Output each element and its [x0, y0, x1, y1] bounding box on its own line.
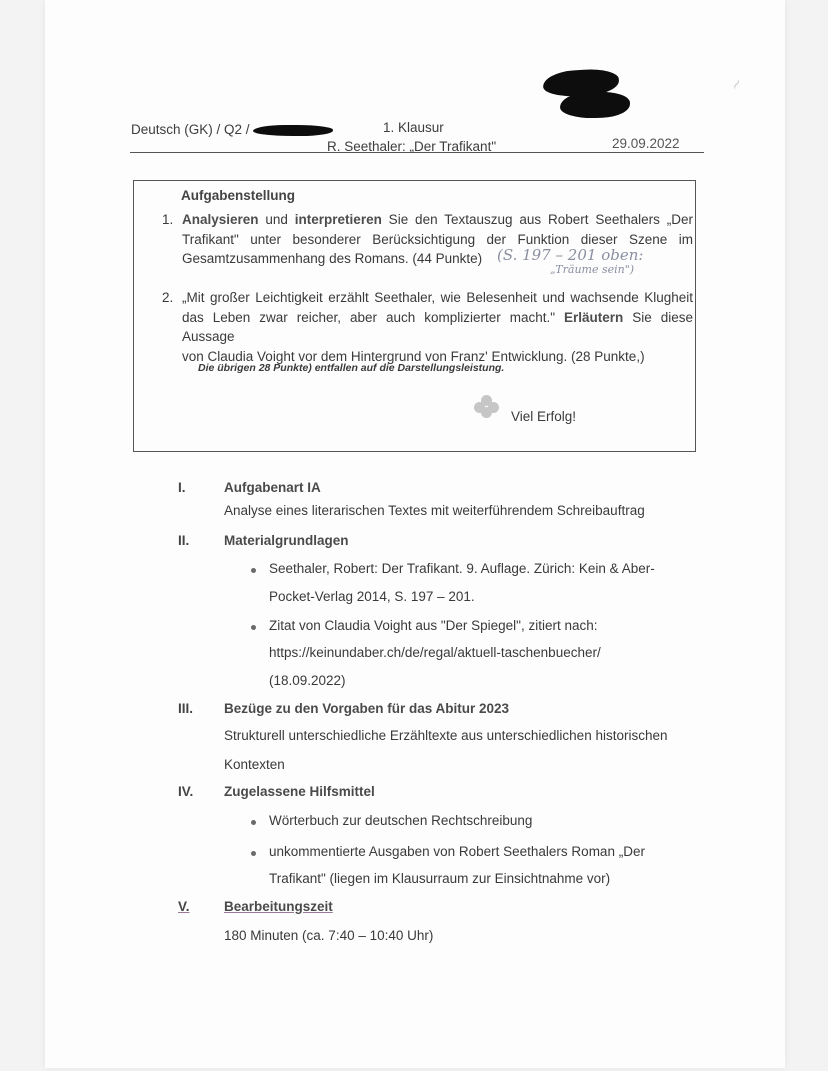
aid-2-line-1: unkommentierte Ausgaben von Robert Seeth… [269, 844, 645, 859]
exam-label: 1. Klausur [383, 120, 444, 135]
section-3-numeral: III. [178, 701, 193, 716]
note-text: ) entfallen auf die Darstellungsleistung… [308, 362, 504, 374]
section-4-heading: Zugelassene Hilfsmittel [224, 784, 375, 799]
material-2-date: (18.09.2022) [269, 673, 346, 688]
task-1-line-1: Analysieren und interpretieren Sie den T… [182, 210, 693, 230]
section-2-numeral: II. [178, 533, 189, 548]
handwritten-quote-note: „Träume sein") [550, 263, 634, 276]
section-1-text: Analyse eines literarischen Textes mit w… [224, 503, 645, 518]
task-2: 2. „Mit großer Leichtigkeit erzählt Seet… [182, 288, 693, 366]
material-2-line-1: Zitat von Claudia Voight aus "Der Spiege… [269, 618, 598, 633]
section-2-heading: Materialgrundlagen [224, 533, 349, 548]
task-text: das Leben zwar reicher, aber auch kompli… [182, 310, 564, 325]
section-1-numeral: I. [178, 480, 186, 495]
aid-2-line-2: Trafikant" (liegen im Klausurraum zur Ei… [269, 871, 610, 886]
bullet-icon [251, 568, 256, 573]
section-5-heading: Bearbeitungszeit [224, 899, 333, 914]
section-5-text: 180 Minuten (ca. 7:40 – 10:40 Uhr) [224, 928, 433, 943]
course-text: Deutsch (GK) / Q2 / [131, 122, 250, 137]
task-text: Sie den Textauszug aus Robert Seethalers… [382, 212, 693, 227]
handwritten-page-note: (S. 197 – 201 oben: [497, 246, 643, 264]
bullet-icon [251, 625, 256, 630]
good-luck-text: Viel Erfolg! [511, 409, 576, 424]
section-3-heading: Bezüge zu den Vorgaben für das Abitur 20… [224, 701, 509, 716]
task-2-line-1: „Mit großer Leichtigkeit erzählt Seethal… [182, 288, 693, 308]
section-3-text-line-1: Strukturell unterschiedliche Erzähltexte… [224, 728, 667, 743]
section-3-text-line-2: Kontexten [224, 757, 285, 772]
redacted-class [253, 125, 333, 136]
section-1-heading: Aufgabenart IA [224, 480, 321, 495]
material-2-url: https://keinundaber.ch/de/regal/aktuell-… [269, 645, 601, 660]
task-box-title: Aufgabenstellung [181, 188, 295, 203]
task-number: 2. [162, 288, 173, 308]
material-1-line-2: Pocket-Verlag 2014, S. 197 – 201. [269, 589, 475, 604]
note-text: Die übrigen [198, 362, 259, 374]
bullet-icon [251, 820, 256, 825]
verb-analysieren: Analysieren [182, 212, 259, 227]
section-5-numeral: V. [178, 899, 190, 914]
note-points: 28 Punkte [259, 362, 309, 374]
course-label: Deutsch (GK) / Q2 / [131, 122, 333, 137]
material-1-line-1: Seethaler, Robert: Der Trafikant. 9. Auf… [269, 561, 655, 576]
clover-icon [474, 395, 500, 421]
verb-interpretieren: interpretieren [295, 212, 382, 227]
task-number: 1. [162, 210, 173, 230]
section-4-numeral: IV. [178, 784, 193, 799]
exam-date: 29.09.2022 [612, 136, 680, 151]
verb-erlaeutern: Erläutern [564, 310, 623, 325]
task-2-line-2: das Leben zwar reicher, aber auch kompli… [182, 308, 693, 347]
header-divider [130, 152, 704, 153]
presentation-points-note: Die übrigen 28 Punkte) entfallen auf die… [198, 362, 504, 374]
aid-1-text: Wörterbuch zur deutschen Rechtschreibung [269, 813, 532, 828]
bullet-icon [251, 851, 256, 856]
task-text: und [259, 212, 295, 227]
exam-sheet [45, 0, 785, 1068]
